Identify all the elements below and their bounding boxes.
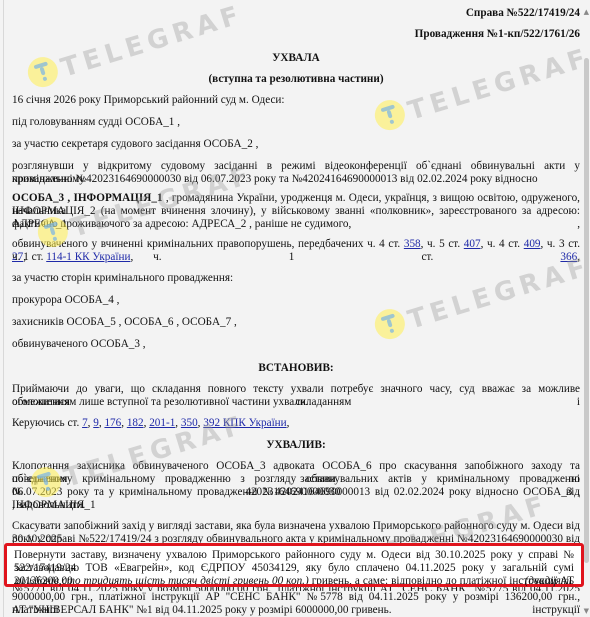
case-number: Справа №522/17419/24 (12, 7, 580, 20)
article-link-409[interactable]: 409 (524, 238, 541, 250)
vertical-scrollbar[interactable]: ▲ ▼ (582, 0, 590, 617)
accused-line3: фактично проживаючого за адресою: АДРЕСА… (12, 218, 580, 231)
intro-judge: під головуванням судді ОСОБА_1 , (12, 116, 580, 129)
charges-line2: ч. 1 ст. 114-1 КК України, (12, 251, 580, 264)
established-heading: ВСТАНОВИВ: (12, 362, 580, 375)
kpk-link-9[interactable]: 9 (93, 417, 99, 429)
document-subtitle: (вступна та резолютивна частини) (12, 73, 580, 86)
guided-by-articles: Керуючись ст. 7, 9, 176, 182, 201-1, 350… (12, 417, 580, 430)
kpk-link-176[interactable]: 176 (104, 417, 121, 429)
defenders: захисників ОСОБА_5 , ОСОБА_6 , ОСОБА_7 , (12, 316, 580, 329)
ruled-p1-line4: , задовольнити. (12, 499, 580, 512)
prosecutor: прокурора ОСОБА_4 , (12, 294, 580, 307)
article-link-407[interactable]: 407 (464, 238, 481, 250)
kpk-link-182[interactable]: 182 (127, 417, 144, 429)
parties-label: за участю сторін кримінального проваджен… (12, 272, 580, 285)
document-title: УХВАЛА (12, 52, 580, 65)
highlight-line3: мільйонів сто тридцять шість тисяч двіст… (14, 575, 574, 584)
kpk-link-350[interactable]: 350 (181, 417, 198, 429)
article-link-358[interactable]: 358 (404, 238, 421, 250)
intro-secretary: за участю секретаря судового засідання О… (12, 138, 580, 151)
highlighted-paragraph: Повернути заставу, визначену ухвалою При… (4, 543, 584, 587)
scrollbar-thumb[interactable] (584, 58, 589, 563)
kpk-link-7[interactable]: 7 (82, 417, 88, 429)
accused-party: обвинуваченого ОСОБА_3 , (12, 338, 580, 351)
accused-name: ОСОБА_3 , ІНФОРМАЦІЯ_1 (12, 192, 163, 204)
kpk-link-392[interactable]: 392 КПК України (203, 417, 286, 429)
kpk-link-201-1[interactable]: 201-1 (149, 417, 175, 429)
scroll-up-arrow-icon[interactable]: ▲ (584, 8, 589, 16)
intro-considered-line2: провадженні №42023164690000030 від 06.07… (12, 173, 580, 186)
article-link-114-1[interactable]: 114-1 КК України (46, 251, 130, 263)
intro-date-court: 16 січня 2026 року Приморський районний … (12, 94, 580, 107)
scroll-down-arrow-icon[interactable]: ▼ (584, 607, 589, 615)
established-line2: оголошенням лише вступної та резолютивно… (12, 396, 580, 409)
proceeding-number: Провадження №1-кп/522/1761/26 (12, 28, 580, 41)
ruled-heading: УХВАЛИВ: (12, 439, 580, 452)
ruled-p3-line3: АТ "УНІВЕРСАЛ БАНК" №1 від 04.11.2025 ро… (12, 604, 580, 617)
left-border (3, 0, 4, 617)
